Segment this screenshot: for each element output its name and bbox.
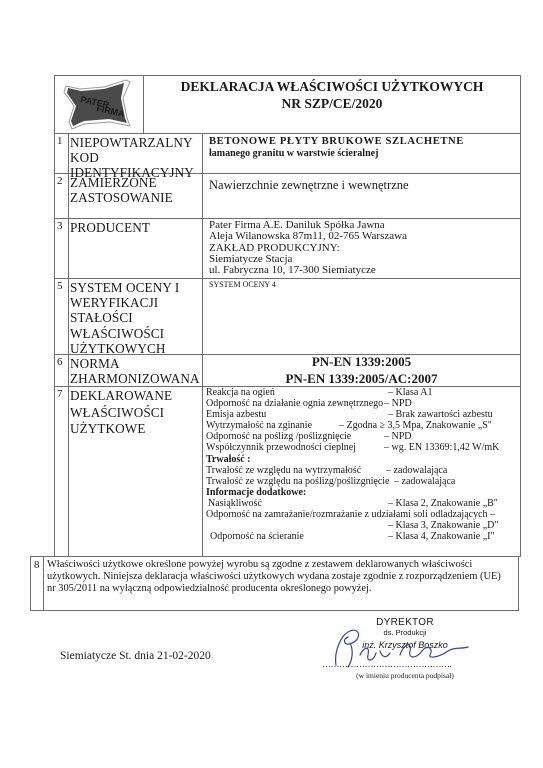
label-column-divider [202, 133, 203, 556]
property-row: Odporność na działanie ognia zewnętrzneg… [206, 398, 518, 409]
row-value-standards: PN-EN 1339:2005 PN-EN 1339:2005/AC:2007 [203, 353, 520, 387]
declared-properties: Reakcja na ogień– Klasa A1 Odporność na … [206, 387, 518, 542]
signature-caption: (w imieniu producenta podpisał) [330, 671, 480, 680]
additional-row: – Klasa 3, Znakowanie „D" [206, 520, 518, 531]
row-divider [54, 278, 521, 279]
row-number: 3 [57, 220, 63, 232]
property-row: Współczynnik przewodności cieplnej– wg. … [206, 442, 518, 453]
row-value-assessment-system: SYSTEM OCENY 4 [209, 280, 276, 289]
row-label-identification-code: NIEPOWTARZALNY KOD IDENTYFIKACYJNY [70, 135, 202, 181]
title-line-2: NR SZP/CE/2020 [144, 95, 520, 112]
property-row: Odporność na poślizg /poślizgnięcie– NPD [206, 431, 518, 442]
document-title: DEKLARACJA WŁAŚCIWOŚCI UŻYTKOWYCH NR SZP… [144, 78, 520, 112]
row-label-harmonized-standard: NORMA ZHARMONIZOWANA [70, 356, 204, 386]
row-number: 7 [57, 388, 63, 400]
durability-row: Trwałość ze względu na poślizg/poślizgni… [206, 476, 518, 487]
property-row: Emisja azbestu– Brak zawartości azbestu [206, 409, 518, 420]
table-border-right [520, 75, 521, 557]
property-row: Reakcja na ogień– Klasa A1 [206, 387, 518, 398]
row-label-assessment-system: SYSTEM OCENY I WERYFIKACJI STAŁOŚCI WŁAŚ… [70, 280, 198, 356]
standard-primary: PN-EN 1339:2005 [203, 353, 520, 370]
durability-heading: Trwałość : [206, 454, 518, 465]
row-label-producer: PRODUCENT [70, 220, 202, 235]
additional-row: Odporność na zamrażanie/rozmrażanie z ud… [206, 509, 518, 520]
signature-dotted-line: ………………………………………. [322, 659, 482, 669]
conformity-statement: Właściwości użytkowe określone powyżej w… [47, 559, 517, 594]
row-number: 2 [57, 175, 63, 187]
table-border-left [54, 75, 55, 557]
row-number: 1 [57, 135, 63, 147]
place-and-date: Siemiatycze St. dnia 21-02-2020 [60, 650, 211, 662]
title-line-1: DEKLARACJA WŁAŚCIWOŚCI UŻYTKOWYCH [144, 78, 520, 95]
number-column-divider [68, 133, 69, 556]
row-value-producer: Pater Firma A.E. Daniluk Spółka Jawna Al… [209, 220, 514, 276]
standard-corrigendum: PN-EN 1339:2005/AC:2007 [203, 370, 520, 387]
row-value-intended-use: Nawierzchnie zewnętrzne i wewnętrzne [209, 178, 409, 193]
producer-line: ul. Fabryczna 10, 17-300 Siemiatycze [209, 265, 514, 276]
additional-row: Odporność na ścieranie– Klasa 4, Znakowa… [206, 531, 518, 542]
row8-border-right [518, 556, 519, 611]
product-description: łamanego granitu w warstwie ścieralnej [209, 148, 514, 160]
table-border-top [54, 75, 521, 76]
row-number: 5 [57, 280, 63, 292]
row8-border-top [30, 556, 521, 557]
property-row: Wytrzymałość na zginanie– Zgodna ≥ 3,5 M… [206, 420, 518, 431]
product-name: BETONOWE PŁYTY BRUKOWE SZLACHETNE [209, 136, 514, 148]
durability-row: Trwałość ze względu na wytrzymałość– zad… [206, 465, 518, 476]
row-number: 6 [57, 356, 63, 368]
producer-line: Aleja Wilanowska 87m11, 02-765 Warszawa [209, 231, 514, 242]
row8-number-divider [43, 556, 44, 611]
row8-border-left [30, 556, 31, 611]
row-label-intended-use: ZAMIERZONE ZASTOSOWANIE [70, 175, 202, 205]
company-logo: PATER FIRMA [60, 78, 138, 130]
row-divider [54, 133, 521, 134]
additional-row: Nasiąkliwość– Klasa 2, Znakowanie „B" [206, 498, 518, 509]
row-number: 8 [34, 559, 40, 571]
additional-info-heading: Informacje dodatkowe: [206, 487, 518, 498]
row-value-product: BETONOWE PŁYTY BRUKOWE SZLACHETNE łamane… [209, 136, 514, 160]
row-label-declared-performance: DEKLAROWANE WŁAŚCIWOŚCI UŻYTKOWE [70, 388, 200, 438]
row8-border-bottom [30, 610, 519, 611]
